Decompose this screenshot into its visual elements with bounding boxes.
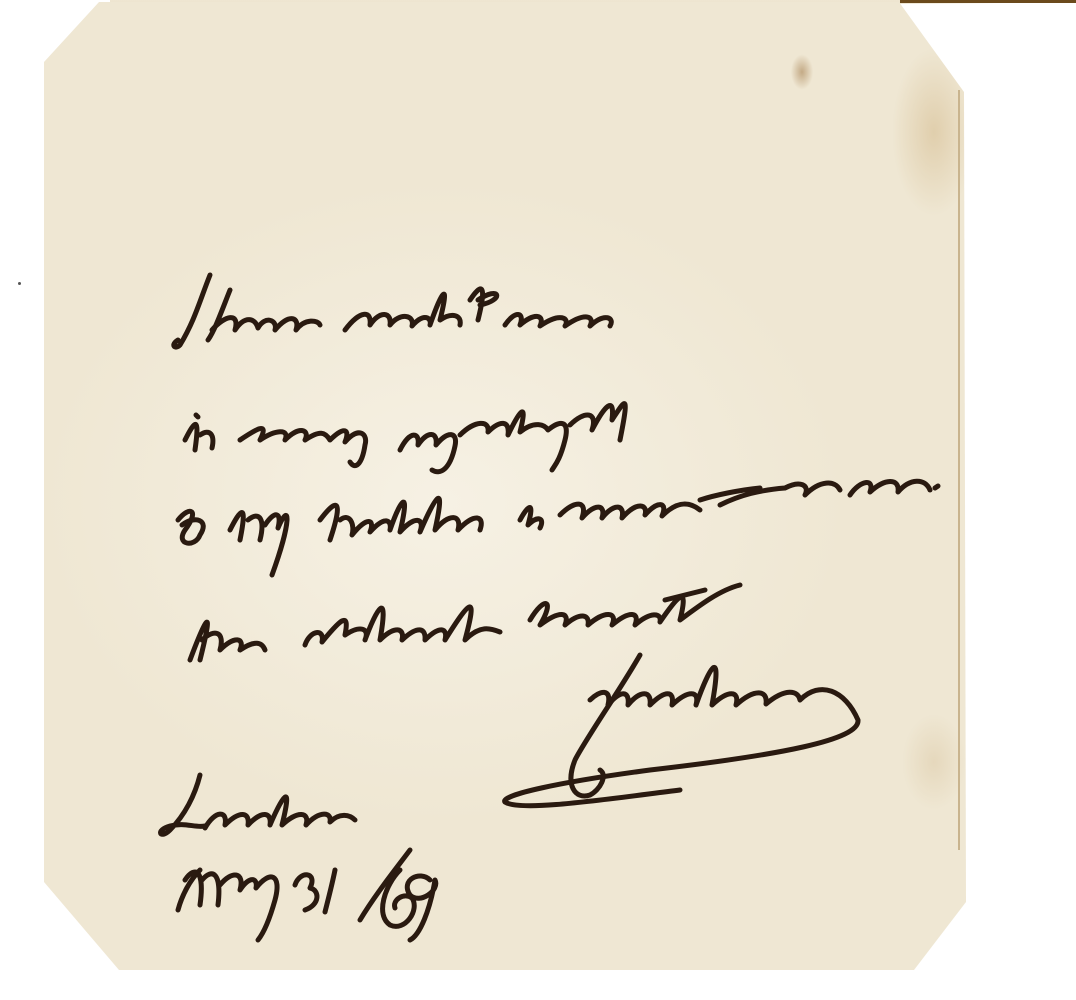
signature: Clarendon [540, 700, 751, 746]
body-line-4: her obedient servant [180, 575, 603, 621]
dust-speck [18, 282, 21, 285]
body-line-3: to Miss Nicholson & remain [170, 480, 738, 526]
body-line-1: I have much pleasure [175, 275, 612, 321]
paper-right-edge [958, 90, 960, 850]
background-gilt-edge [900, 0, 1076, 3]
place-line: London [150, 790, 302, 836]
body-line-2: in sending my autograph [180, 390, 687, 436]
date-line: May 31/69 [170, 870, 385, 916]
